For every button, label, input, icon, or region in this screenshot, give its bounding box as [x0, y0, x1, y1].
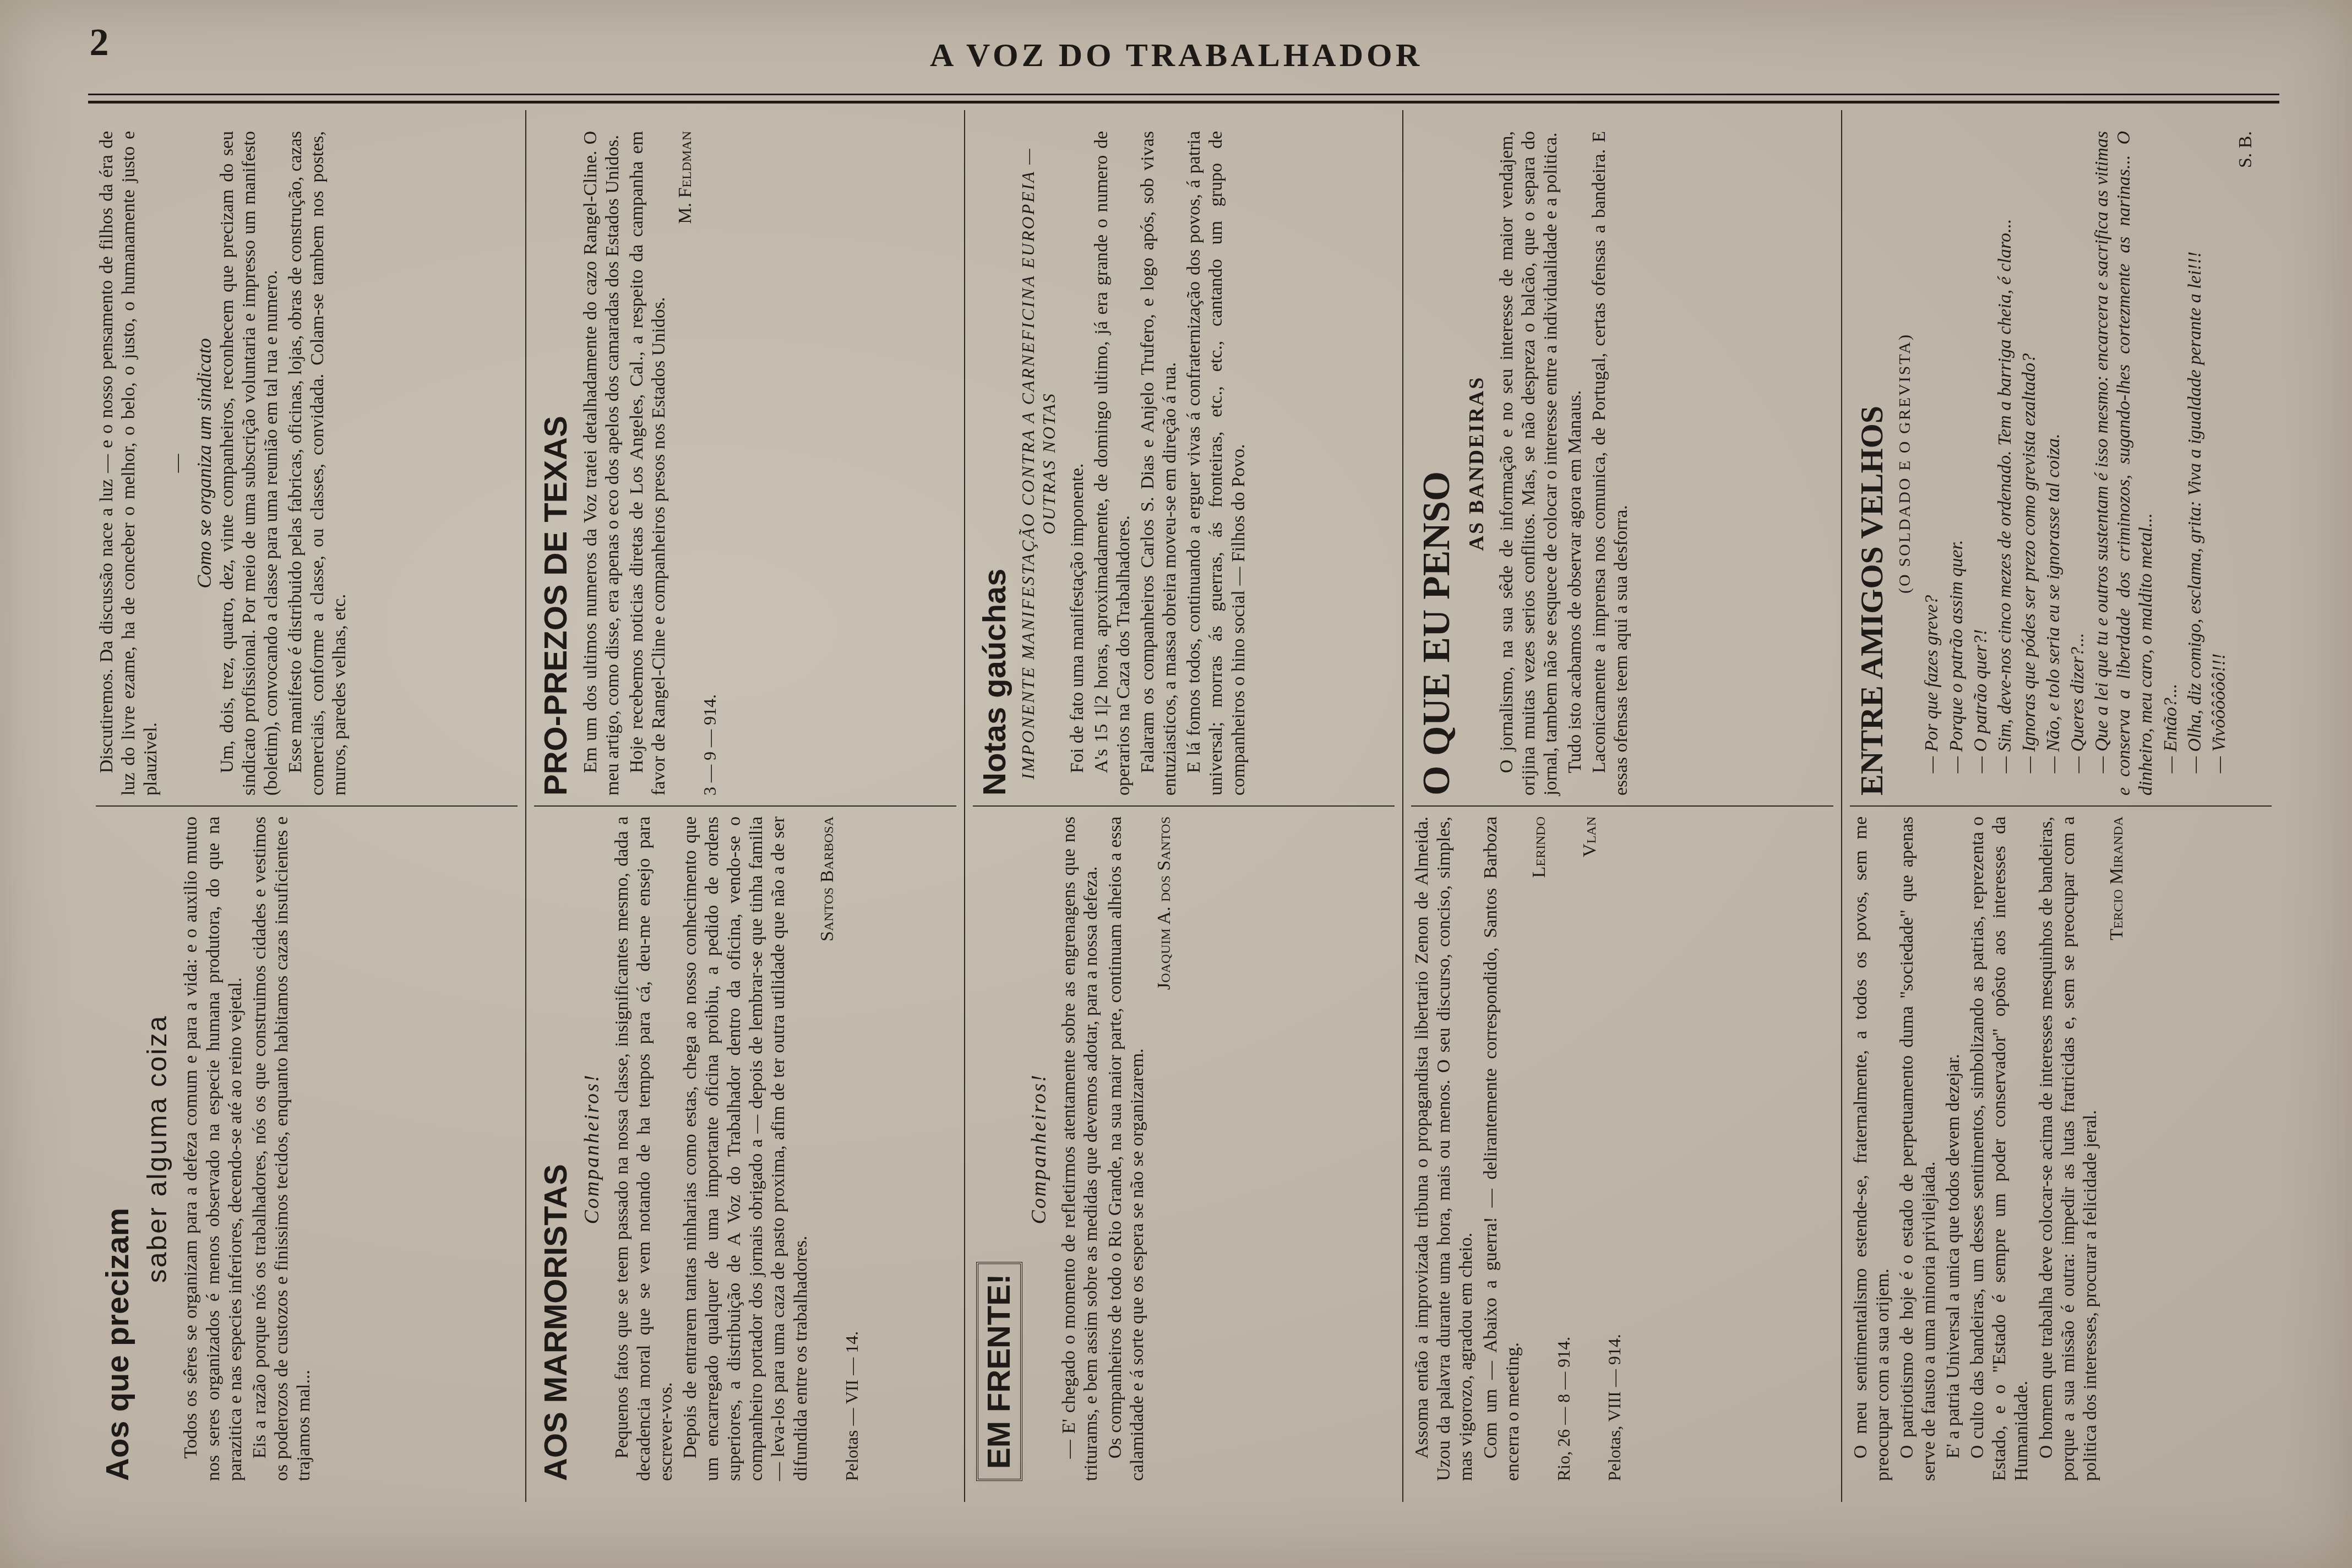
- paragraph: Falaram os companheiros Carlos S. Dias e…: [1137, 131, 1181, 796]
- byline: Joaquim A. dos Santos: [1153, 816, 1175, 1481]
- paragraph: O culto das bandeiras, um desses sentime…: [1967, 816, 2033, 1481]
- article-notas-gauchas: Notas gaúchas IMPONENTE MANIFESTAÇÃO CON…: [973, 121, 1395, 805]
- column-band-2: AOS MARMORISTAS Companheiros! Pequenos f…: [526, 110, 965, 1502]
- masthead-title: A VOZ DO TRABALHADOR: [929, 36, 1422, 74]
- dialog-line: — Porque o patrão assim quer.: [1946, 131, 1968, 796]
- paragraph: Os companheiros de todo o Rio Grande, na…: [1104, 816, 1148, 1481]
- subheadline: saber alguma coiza: [141, 816, 173, 1481]
- article-pro-prezos-de-texas: PRO-PREZOS DE TEXAS Em um dos ultimos nu…: [534, 121, 956, 805]
- headline: Aos que precizam: [99, 816, 137, 1481]
- paragraph: A's 15 1|2 horas, aproximadamente, de do…: [1091, 131, 1135, 796]
- paragraph: Um, dois, trez, quatro, dez, vinte compa…: [216, 131, 282, 796]
- byline: Santos Barbosa: [816, 816, 839, 1481]
- columns: Aos que precizam saber alguma coiza Todo…: [88, 110, 2279, 1502]
- byline: M. Feldman: [674, 131, 696, 796]
- paragraph: Eis a razão porque nós os trabalhadores,…: [249, 816, 315, 1481]
- dialog-line: — O patrão quer?!: [1970, 131, 1992, 796]
- subheadline: (O SOLDADO E O GREVISTA): [1895, 131, 1914, 796]
- paragraph: Tudo isto acabamos de observar agora em …: [1564, 131, 1586, 796]
- article-em-frente: EM FRENTE! Companheiros! — E' chegado o …: [973, 805, 1395, 1491]
- paragraph: Com um — Abaixo a guerra! — delirantemen…: [1480, 816, 1524, 1481]
- dialog-line: — Queres dizer?...: [2067, 131, 2089, 796]
- article-aos-marmoristas: AOS MARMORISTAS Companheiros! Pequenos f…: [534, 805, 956, 1491]
- paragraph: Esse manifesto é distribuido pelas fabri…: [285, 131, 351, 796]
- newspaper-page: 2 A VOZ DO TRABALHADOR Aos que precizam …: [0, 0, 2352, 1568]
- article-o-que-eu-penso-cont: O meu sentimentalismo estende-se, frater…: [1850, 805, 2272, 1491]
- subheadline: Companheiros!: [1027, 816, 1052, 1481]
- article-o-que-eu-penso: O QUE EU PENSO AS BANDEIRAS O jornalismo…: [1411, 121, 1833, 805]
- byline: Lerindo: [1528, 816, 1550, 1481]
- dialog-line: — Por que fazes greve?: [1921, 131, 1943, 796]
- headline: EM FRENTE!: [976, 1262, 1022, 1481]
- masthead: A VOZ DO TRABALHADOR: [0, 22, 2352, 88]
- subheadline: AS BANDEIRAS: [1464, 131, 1489, 796]
- byline: Tercio Miranda: [2106, 816, 2128, 1481]
- article-aos-que-precizam-cont: Discutiremos. Da discussão nace a luz — …: [96, 121, 518, 805]
- dateline: Rio, 26 — 8 — 914.: [1554, 816, 1575, 1481]
- article-notas-gauchas-cont: Assoma então a improvizada tribuna o pro…: [1411, 805, 1833, 1491]
- dialog-line: — Olha, diz comigo, esclama, grita: Viva…: [2184, 131, 2206, 796]
- column-band-4: Assoma então a improvizada tribuna o pro…: [1403, 110, 1842, 1502]
- dialog-line: — Não, e tolo seria eu se ignorasse tal …: [2043, 131, 2065, 796]
- paragraph: O homem que trabalha deve colocar-se aci…: [2035, 816, 2101, 1481]
- headline: PRO-PREZOS DE TEXAS: [537, 131, 575, 796]
- paragraph: O jornalismo, na sua sêde de informação …: [1496, 131, 1562, 796]
- paragraph: — E' chegado o momento de refletirmos at…: [1058, 816, 1102, 1481]
- paragraph: E lá fomos todos, continuando a erguer v…: [1183, 131, 1249, 796]
- masthead-rule: [88, 94, 2279, 104]
- paragraph: E' a patria Universal a unica que todos …: [1942, 816, 1964, 1481]
- headline: ENTRE AMIGOS VELHOS: [1853, 131, 1891, 796]
- section-title: Como se organiza um sindicato: [193, 131, 216, 796]
- column-band-1: Aos que precizam saber alguma coiza Todo…: [88, 110, 526, 1502]
- subheadline: Companheiros!: [580, 816, 605, 1481]
- paragraph: Em um dos ultimos numeros da Voz tratei …: [580, 131, 624, 796]
- dialog-line: — Que a lei que tu e outros sustentam é …: [2091, 131, 2157, 796]
- paragraph: Laconicamente a imprensa nos comunica, d…: [1588, 131, 1632, 796]
- paragraph: Pequenos fatos que se teem passado na no…: [611, 816, 677, 1481]
- paragraph: O patriotismo de hoje é o estado de perp…: [1896, 816, 1940, 1481]
- paragraph: Todos os sêres se organizam para a defez…: [180, 816, 246, 1481]
- dialog-line: — Ignoras que pódes ser prezo como grevi…: [2018, 131, 2040, 796]
- dialog-line: — Vivôôôôôô!!!: [2208, 131, 2230, 796]
- article-aos-que-precizam: Aos que precizam saber alguma coiza Todo…: [96, 805, 518, 1491]
- column-band-5: O meu sentimentalismo estende-se, frater…: [1842, 110, 2279, 1502]
- paragraph: Depois de entrarem tantas ninharias como…: [679, 816, 812, 1481]
- dateline-extra: Pelotas, VIII — 914.: [1604, 816, 1625, 1481]
- byline-extra: Vlan: [1579, 816, 1601, 1481]
- headline: AOS MARMORISTAS: [537, 816, 575, 1481]
- column-band-3: EM FRENTE! Companheiros! — E' chegado o …: [965, 110, 1403, 1502]
- headline: O QUE EU PENSO: [1414, 131, 1460, 796]
- paragraph: Foi de fato uma manifestação imponente.: [1066, 131, 1088, 796]
- subheadline: IMPONENTE MANIFESTAÇÃO CONTRA A CARNEFIC…: [1018, 131, 1060, 796]
- byline: S. B.: [2235, 131, 2257, 796]
- dialog-line: — Então?...: [2160, 131, 2182, 796]
- dateline: Pelotas — VII — 14.: [842, 816, 863, 1481]
- paragraph: O meu sentimentalismo estende-se, frater…: [1850, 816, 1894, 1481]
- dateline: 3 — 9 — 914.: [700, 131, 721, 796]
- divider: —: [166, 131, 188, 796]
- paragraph: Assoma então a improvizada tribuna o pro…: [1411, 816, 1477, 1481]
- article-entre-amigos-velhos: ENTRE AMIGOS VELHOS (O SOLDADO E O GREVI…: [1850, 121, 2272, 805]
- headline: Notas gaúchas: [976, 131, 1014, 796]
- paragraph: Discutiremos. Da discussão nace a luz — …: [96, 131, 162, 796]
- page-frame: 2 A VOZ DO TRABALHADOR Aos que precizam …: [0, 0, 2352, 1568]
- dialog-line: — Sim, deve-nos cinco mezes de ordenado.…: [1994, 131, 2016, 796]
- paragraph: Hoje recebemos noticias diretas de Los A…: [626, 131, 670, 796]
